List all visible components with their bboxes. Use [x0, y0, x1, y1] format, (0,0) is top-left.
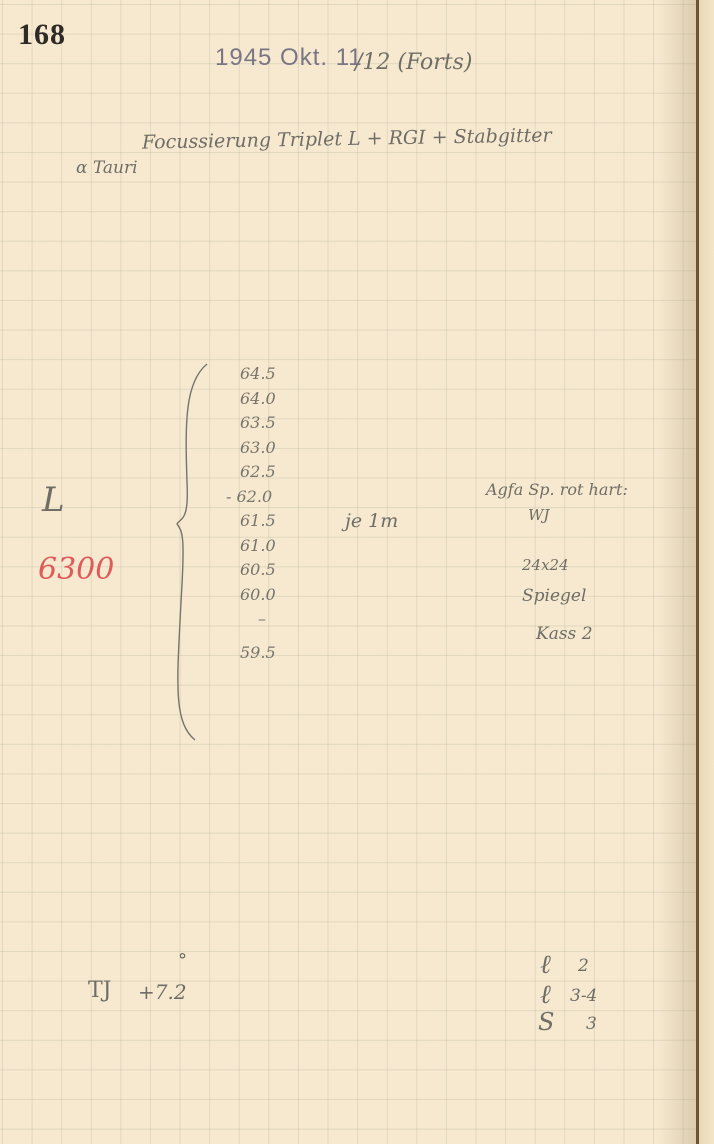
seeing-symbol: ℓ: [540, 980, 551, 1010]
page-number: 168: [18, 18, 66, 52]
plate-note-1: Agfa Sp. rot hart:: [486, 480, 628, 499]
date-stamp: 1945 Okt. 11: [215, 44, 363, 72]
focus-value: 63.5: [240, 413, 276, 438]
seeing-symbol: ℓ: [540, 950, 551, 980]
seeing-value: 3-4: [570, 986, 597, 1006]
focus-value: 64.0: [240, 389, 276, 414]
seeing-symbol: S: [538, 1008, 554, 1036]
focus-value: 64.5: [240, 364, 276, 389]
temperature-label: TJ: [88, 978, 112, 1003]
focus-value: 60.0: [240, 585, 276, 610]
heading-line-2: α Tauri: [76, 158, 138, 178]
wavelength-value: 6300: [38, 552, 114, 587]
heading-line-1: Focussierung Triplet L + RGI + Stabgitte…: [142, 124, 552, 153]
plate-note-2: WJ: [528, 506, 549, 524]
adjacent-page-edge: [699, 0, 714, 1144]
focus-value: 59.5: [240, 643, 276, 668]
focus-value: 60.5: [240, 560, 276, 585]
plate-note-3: 24x24: [522, 556, 569, 574]
plate-note-5: Kass 2: [536, 624, 593, 644]
focus-value-list: 64.5 64.0 63.5 63.0 62.5 - 62.0 61.5 61.…: [240, 364, 276, 668]
plate-note-4: Spiegel: [522, 586, 586, 606]
temperature-value: +7.2: [138, 980, 187, 1004]
focus-value: 62.5: [240, 462, 276, 487]
seeing-value: 2: [578, 956, 589, 976]
focus-value: –: [258, 609, 276, 643]
focus-value: 63.0: [240, 438, 276, 463]
curly-brace-icon: [175, 362, 215, 747]
line-symbol-L: L: [42, 480, 65, 520]
date-suffix: /12 (Forts): [355, 50, 473, 75]
focus-value: 61.5: [240, 511, 276, 536]
focus-value: 61.0: [240, 536, 276, 561]
degree-mark: °: [178, 950, 187, 971]
focus-value: - 62.0: [226, 487, 276, 512]
notebook-page: 168 1945 Okt. 11 /12 (Forts) Focussierun…: [0, 0, 698, 1144]
exposure-note: je 1m: [345, 510, 398, 532]
seeing-value: 3: [586, 1014, 597, 1034]
